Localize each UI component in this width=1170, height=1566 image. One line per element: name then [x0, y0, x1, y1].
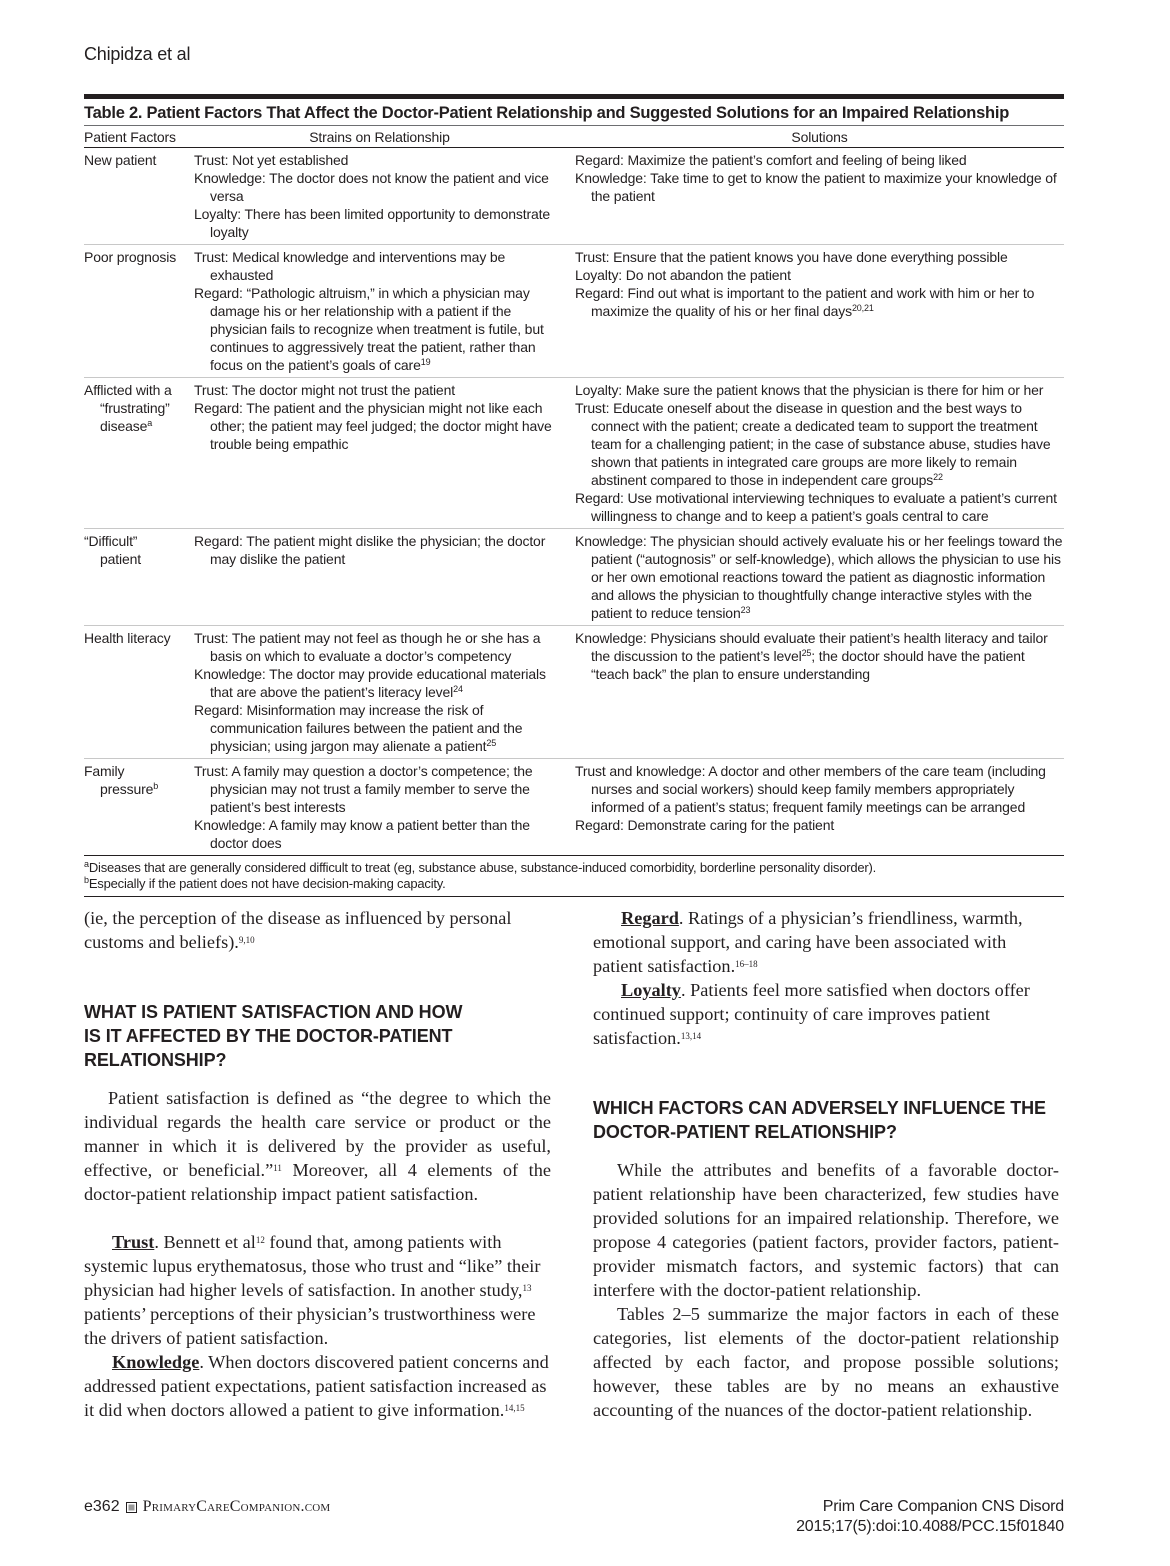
factor-label: New patient	[84, 152, 156, 168]
strains-cell: Trust: A family may question a doctor’s …	[194, 759, 575, 856]
paragraph-trust: Trust. Bennett et al12 found that, among…	[84, 1230, 551, 1350]
citation-sup: 25	[486, 738, 496, 748]
strain-entry: Trust: Not yet established	[194, 151, 565, 169]
solutions-cell: Trust and knowledge: A doctor and other …	[575, 759, 1064, 856]
citation-sup: 20,21	[852, 303, 874, 313]
solution-text: Knowledge: The physician should actively…	[575, 533, 1062, 621]
footnote-a: aDiseases that are generally considered …	[84, 860, 1064, 876]
citation-doi: 2015;17(5):doi:10.4088/PCC.15f01840	[796, 1517, 1064, 1537]
solution-text: Regard: Find out what is important to th…	[575, 285, 1034, 319]
solution-entry: Loyalty: Do not abandon the patient	[575, 266, 1064, 284]
citation-sup: 13	[522, 1283, 531, 1293]
left-column: (ie, the perception of the disease as in…	[84, 906, 551, 1422]
strain-text: Regard: “Pathologic altruism,” in which …	[194, 285, 544, 373]
table-title: Table 2. Patient Factors That Affect the…	[84, 99, 1064, 126]
solution-entry: Regard: Demonstrate caring for the patie…	[575, 816, 1064, 834]
strain-entry: Knowledge: The doctor may provide educat…	[194, 665, 565, 701]
strain-entry: Regard: The patient and the physician mi…	[194, 399, 565, 453]
factor-label-cont-text: “frustrating” disease	[100, 400, 170, 434]
citation-sup: 16–18	[735, 959, 758, 969]
solution-entry: Knowledge: Take time to get to know the …	[575, 169, 1064, 205]
subhead-loyalty: Loyalty	[621, 980, 681, 1000]
strain-entry: Regard: Misinformation may increase the …	[194, 701, 565, 755]
factor-cell: New patient	[84, 148, 194, 245]
factor-label-cont: patient	[84, 550, 194, 568]
strain-text: Regard: Misinformation may increase the …	[194, 702, 522, 754]
solution-text: Trust: Educate oneself about the disease…	[575, 400, 1050, 488]
footnote-text: Diseases that are generally considered d…	[89, 860, 876, 875]
table-row: “Difficult” patient Regard: The patient …	[84, 529, 1064, 626]
solutions-cell: Knowledge: Physicians should evaluate th…	[575, 626, 1064, 759]
table-row: New patient Trust: Not yet established K…	[84, 148, 1064, 245]
journal-name: Prim Care Companion CNS Disord	[796, 1497, 1064, 1517]
factor-label: Family	[84, 762, 194, 780]
strain-entry: Knowledge: A family may know a patient b…	[194, 816, 565, 852]
citation-sup: 24	[453, 684, 463, 694]
table-row: Afflicted with a “frustrating” diseasea …	[84, 378, 1064, 529]
strain-entry: Trust: Medical knowledge and interventio…	[194, 248, 565, 284]
paragraph-loyalty: Loyalty. Patients feel more satisfied wh…	[593, 978, 1059, 1050]
solution-entry: Trust and knowledge: A doctor and other …	[575, 762, 1064, 816]
column-header-strains: Strains on Relationship	[194, 126, 575, 148]
strain-entry: Trust: The patient may not feel as thoug…	[194, 629, 565, 665]
strains-cell: Trust: The patient may not feel as thoug…	[194, 626, 575, 759]
factor-cell: Poor prognosis	[84, 245, 194, 378]
subhead-regard: Regard	[621, 908, 679, 928]
paragraph-categories: While the attributes and benefits of a f…	[593, 1158, 1059, 1302]
factor-cell: Health literacy	[84, 626, 194, 759]
strain-entry: Regard: The patient might dislike the ph…	[194, 532, 565, 568]
solution-entry: Knowledge: The physician should actively…	[575, 532, 1064, 622]
footnote-b: bEspecially if the patient does not have…	[84, 876, 1064, 892]
strains-cell: Trust: Medical knowledge and interventio…	[194, 245, 575, 378]
factor-label-cont: pressureb	[84, 780, 194, 798]
strain-entry: Knowledge: The doctor does not know the …	[194, 169, 565, 205]
strain-entry: Loyalty: There has been limited opportun…	[194, 205, 565, 241]
citation-sup: 13,14	[681, 1031, 701, 1041]
footnote-mark: b	[153, 781, 158, 791]
factor-label-cont: “frustrating” diseasea	[84, 399, 194, 435]
paragraph-regard: Regard. Ratings of a physician’s friendl…	[593, 906, 1059, 978]
paragraph-definition: Patient satisfaction is defined as “the …	[84, 1086, 551, 1206]
solution-entry: Trust: Ensure that the patient knows you…	[575, 248, 1064, 266]
strain-entry: Trust: The doctor might not trust the pa…	[194, 381, 565, 399]
footnote-text: Especially if the patient does not have …	[89, 876, 446, 891]
factor-cell: Family pressureb	[84, 759, 194, 856]
factor-cell: “Difficult” patient	[84, 529, 194, 626]
citation-sup: 23	[741, 605, 751, 615]
citation-sup: 12	[256, 1235, 265, 1245]
strains-cell: Trust: The doctor might not trust the pa…	[194, 378, 575, 529]
citation-sup: 19	[421, 357, 431, 367]
table-row: Health literacy Trust: The patient may n…	[84, 626, 1064, 759]
factor-label: Health literacy	[84, 630, 170, 646]
footer-right: Prim Care Companion CNS Disord 2015;17(5…	[796, 1497, 1064, 1537]
square-bullet-icon	[126, 1502, 137, 1513]
solutions-cell: Loyalty: Make sure the patient knows tha…	[575, 378, 1064, 529]
paragraph-knowledge: Knowledge. When doctors discovered patie…	[84, 1350, 551, 1422]
solution-entry: Regard: Find out what is important to th…	[575, 284, 1064, 320]
table-2: Table 2. Patient Factors That Affect the…	[84, 94, 1064, 897]
column-header-patient-factors: Patient Factors	[84, 126, 194, 148]
paragraph-text: . Bennett et al	[154, 1232, 256, 1252]
factor-cell: Afflicted with a “frustrating” diseasea	[84, 378, 194, 529]
citation-sup: 11	[273, 1163, 282, 1173]
citation-sup: 14,15	[504, 1403, 524, 1413]
right-column: Regard. Ratings of a physician’s friendl…	[593, 906, 1059, 1422]
solution-entry: Regard: Use motivational interviewing te…	[575, 489, 1064, 525]
strains-cell: Regard: The patient might dislike the ph…	[194, 529, 575, 626]
table-row: Poor prognosis Trust: Medical knowledge …	[84, 245, 1064, 378]
paragraph-tables: Tables 2–5 summarize the major factors i…	[593, 1302, 1059, 1422]
paragraph-text: (ie, the perception of the disease as in…	[84, 908, 511, 952]
paragraph-text: patients’ perceptions of their physician…	[84, 1304, 536, 1348]
footer-left: e362 PrimaryCareCompanion.com	[84, 1498, 330, 1516]
site-link[interactable]: PrimaryCareCompanion.com	[143, 1498, 331, 1516]
strains-cell: Trust: Not yet established Knowledge: Th…	[194, 148, 575, 245]
subhead-knowledge: Knowledge	[112, 1352, 199, 1372]
solutions-cell: Knowledge: The physician should actively…	[575, 529, 1064, 626]
citation-sup: 9,10	[239, 935, 255, 945]
subhead-trust: Trust	[112, 1232, 154, 1252]
running-head: Chipidza et al	[84, 44, 190, 65]
solutions-cell: Regard: Maximize the patient’s comfort a…	[575, 148, 1064, 245]
solution-entry: Knowledge: Physicians should evaluate th…	[575, 629, 1064, 683]
table-header-row: Patient Factors Strains on Relationship …	[84, 126, 1064, 148]
page-number: e362	[84, 1498, 120, 1516]
section-heading-patient-satisfaction: WHAT IS PATIENT SATISFACTION AND HOW IS …	[84, 1000, 484, 1072]
solution-entry: Regard: Maximize the patient’s comfort a…	[575, 151, 1064, 169]
citation-sup: 22	[933, 472, 943, 482]
strain-entry: Trust: A family may question a doctor’s …	[194, 762, 565, 816]
table-footnotes: aDiseases that are generally considered …	[84, 856, 1064, 897]
strain-text: Knowledge: The doctor may provide educat…	[194, 666, 546, 700]
footnote-mark: a	[147, 418, 152, 428]
solutions-cell: Trust: Ensure that the patient knows you…	[575, 245, 1064, 378]
solution-entry: Trust: Educate oneself about the disease…	[575, 399, 1064, 489]
column-header-solutions: Solutions	[575, 126, 1064, 148]
strain-entry: Regard: “Pathologic altruism,” in which …	[194, 284, 565, 374]
solution-entry: Loyalty: Make sure the patient knows tha…	[575, 381, 1064, 399]
continuation-paragraph: (ie, the perception of the disease as in…	[84, 906, 551, 954]
table-row: Family pressureb Trust: A family may que…	[84, 759, 1064, 856]
section-heading-adverse-factors: WHICH FACTORS CAN ADVERSELY INFLUENCE TH…	[593, 1096, 1059, 1144]
factor-label: Afflicted with a	[84, 381, 194, 399]
citation-sup: 25	[802, 648, 812, 658]
factor-label: Poor prognosis	[84, 249, 176, 265]
factor-label-cont-text: pressure	[100, 781, 153, 797]
factor-label: “Difficult”	[84, 532, 194, 550]
patient-factors-table: Patient Factors Strains on Relationship …	[84, 126, 1064, 856]
